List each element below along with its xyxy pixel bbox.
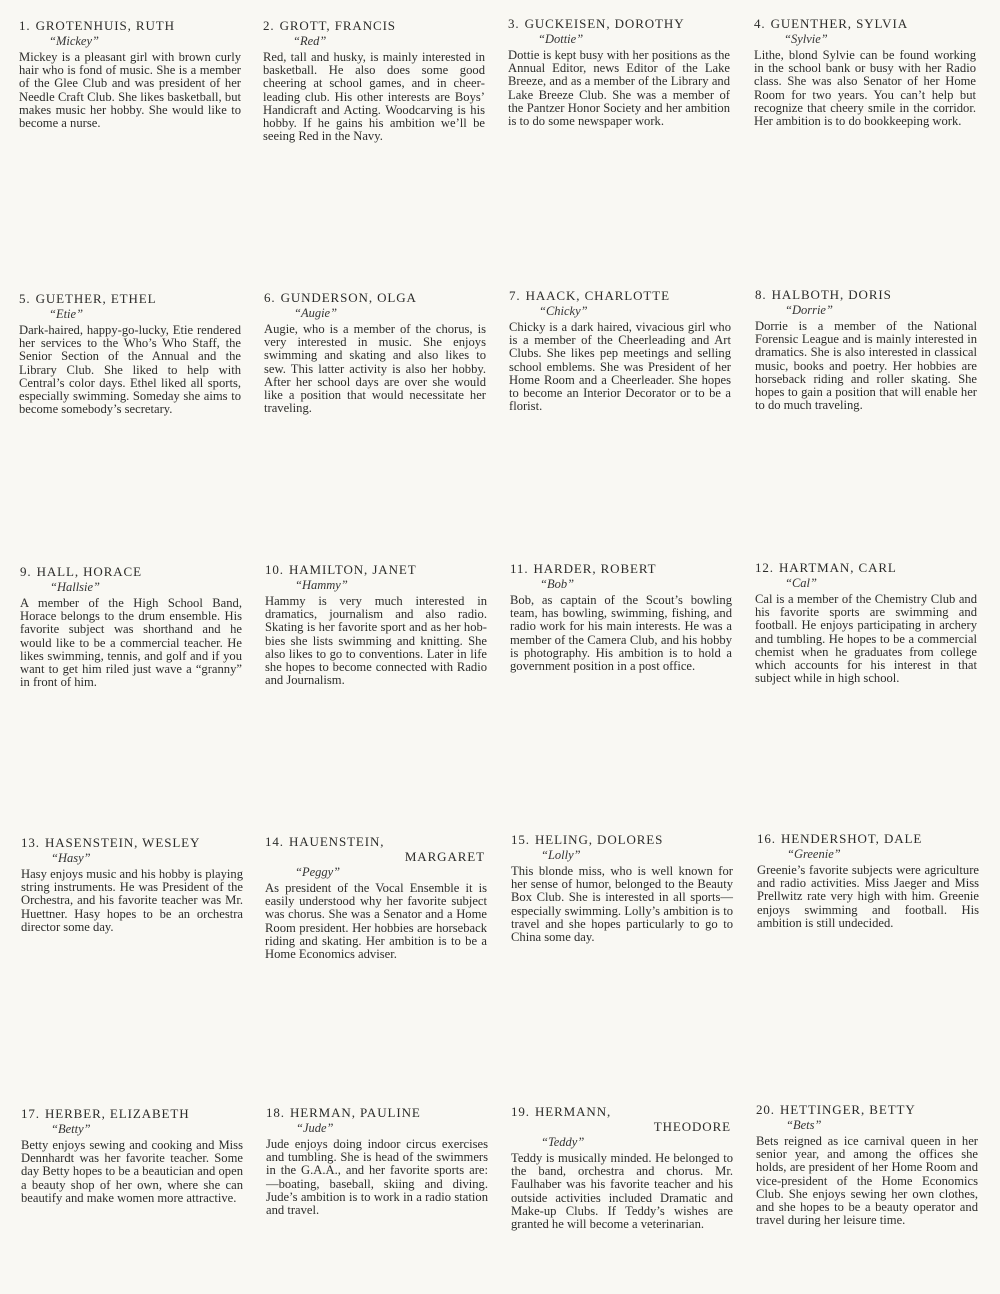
student-name: 17.HERBER, ELIZABETH [21, 1106, 243, 1121]
entry-number: 8. [755, 287, 767, 302]
student-entry: 6.GUNDERSON, OLGA “Augie” Augie, who is … [264, 290, 486, 415]
student-entry: 13.HASENSTEIN, WESLEY “Hasy” Hasy enjoys… [21, 835, 243, 934]
student-name: 10.HAMILTON, JANET [265, 562, 487, 577]
student-name: 9.HALL, HORACE [20, 564, 242, 579]
student-bio: Bob, as captain of the Scout’s bowling t… [510, 594, 732, 673]
student-name: 11.HARDER, ROBERT [510, 561, 732, 576]
student-entry: 4.GUENTHER, SYLVIA “Sylvie” Lithe, blond… [754, 16, 976, 128]
student-name: 2.GROTT, FRANCIS [263, 18, 485, 33]
entry-number: 2. [263, 18, 275, 33]
student-entry: 16.HENDERSHOT, DALE “Greenie” Greenie’s … [757, 831, 979, 930]
entry-number: 5. [19, 291, 31, 306]
student-name: 8.HALBOTH, DORIS [755, 287, 977, 302]
entry-number: 4. [754, 16, 766, 31]
student-name: 1.GROTENHUIS, RUTH [19, 18, 241, 33]
student-nickname: “Peggy” [265, 864, 487, 881]
student-entry: 18.HERMAN, PAULINE “Jude” Jude enjoys do… [266, 1105, 488, 1217]
student-bio: Dark-haired, happy-go-lucky, Etie render… [19, 324, 241, 416]
student-name: 5.GUETHER, ETHEL [19, 291, 241, 306]
entry-number: 11. [510, 561, 528, 576]
entry-number: 16. [757, 831, 776, 846]
student-nickname: “Bets” [756, 1117, 978, 1134]
student-entry: 10.HAMILTON, JANET “Hammy” Hammy is very… [265, 562, 487, 687]
student-nickname: “Jude” [266, 1120, 488, 1137]
student-nickname: “Dorrie” [755, 302, 977, 319]
student-name: 4.GUENTHER, SYLVIA [754, 16, 976, 31]
student-nickname: “Red” [263, 33, 485, 50]
student-bio: This blonde miss, who is well known for … [511, 865, 733, 944]
student-bio: Hammy is very much inter­ested in dramat… [265, 595, 487, 687]
student-entry: 15.HELING, DOLORES “Lolly” This blonde m… [511, 832, 733, 944]
student-name: 18.HERMAN, PAULINE [266, 1105, 488, 1120]
student-bio: Red, tall and husky, is mainly intereste… [263, 51, 485, 143]
student-entry: 9.HALL, HORACE “Hallsie” A member of the… [20, 564, 242, 689]
student-nickname: “Dottie” [508, 31, 730, 48]
student-entry: 17.HERBER, ELIZABETH “Betty” Betty enjoy… [21, 1106, 243, 1205]
student-bio: Cal is a member of the Chemis­try Club a… [755, 593, 977, 685]
student-bio: Lithe, blond Sylvie can be found working… [754, 49, 976, 128]
student-entry: 19.HERMANN, THEODORE “Teddy” Teddy is mu… [511, 1104, 733, 1231]
student-bio: As president of the Vocal En­semble it i… [265, 882, 487, 961]
student-entry: 1.GROTENHUIS, RUTH “Mickey” Mickey is a … [19, 18, 241, 130]
entry-number: 13. [21, 835, 40, 850]
student-bio: Greenie’s favorite subjects were agricul… [757, 864, 979, 930]
student-nickname: “Lolly” [511, 847, 733, 864]
student-nickname: “Sylvie” [754, 31, 976, 48]
student-bio: Betty enjoys sewing and cook­ing and Mis… [21, 1139, 243, 1205]
student-name: 20.HETTINGER, BETTY [756, 1102, 978, 1117]
student-nickname: “Betty” [21, 1121, 243, 1138]
entry-number: 3. [508, 16, 520, 31]
student-nickname: “Augie” [264, 305, 486, 322]
student-nickname: “Hallsie” [20, 579, 242, 596]
student-nickname: “Mickey” [19, 33, 241, 50]
student-nickname: “Teddy” [511, 1134, 733, 1151]
student-name: 14.HAUENSTEIN, [265, 834, 487, 849]
student-bio: Hasy enjoys music and his hobby is playi… [21, 868, 243, 934]
student-bio: Chicky is a dark haired, viva­cious girl… [509, 321, 731, 413]
student-bio: Teddy is musically minded. He belonged t… [511, 1152, 733, 1231]
student-bio: Dorrie is a member of the National Foren… [755, 320, 977, 412]
student-name: 12.HARTMAN, CARL [755, 560, 977, 575]
entry-number: 6. [264, 290, 276, 305]
student-nickname: “Greenie” [757, 846, 979, 863]
student-name-continued: THEODORE [511, 1119, 733, 1134]
student-entry: 5.GUETHER, ETHEL “Etie” Dark-haired, hap… [19, 291, 241, 416]
student-nickname: “Etie” [19, 306, 241, 323]
student-nickname: “Bob” [510, 576, 732, 593]
student-bio: Augie, who is a member of the chorus, is… [264, 323, 486, 415]
entry-number: 9. [20, 564, 32, 579]
student-bio: Bets reigned as ice carnival queen in he… [756, 1135, 978, 1227]
student-nickname: “Hammy” [265, 577, 487, 594]
student-name: 16.HENDERSHOT, DALE [757, 831, 979, 846]
student-nickname: “Chicky” [509, 303, 731, 320]
entry-number: 12. [755, 560, 774, 575]
entry-number: 14. [265, 834, 284, 849]
entry-number: 19. [511, 1104, 530, 1119]
student-name-continued: MARGARET [265, 849, 487, 864]
student-name: 13.HASENSTEIN, WESLEY [21, 835, 243, 850]
student-entry: 20.HETTINGER, BETTY “Bets” Bets reigned … [756, 1102, 978, 1227]
student-bio: Dottie is kept busy with her positions a… [508, 49, 730, 128]
student-entry: 3.GUCKEISEN, DOROTHY “Dottie” Dottie is … [508, 16, 730, 128]
student-entry: 12.HARTMAN, CARL “Cal” Cal is a member o… [755, 560, 977, 685]
student-name: 6.GUNDERSON, OLGA [264, 290, 486, 305]
student-name: 15.HELING, DOLORES [511, 832, 733, 847]
entry-number: 20. [756, 1102, 775, 1117]
student-name: 7.HAACK, CHARLOTTE [509, 288, 731, 303]
entry-number: 10. [265, 562, 284, 577]
student-entry: 11.HARDER, ROBERT “Bob” Bob, as captain … [510, 561, 732, 673]
entry-number: 18. [266, 1105, 285, 1120]
entry-number: 1. [19, 18, 31, 33]
student-entry: 8.HALBOTH, DORIS “Dorrie” Dorrie is a me… [755, 287, 977, 412]
student-nickname: “Hasy” [21, 850, 243, 867]
student-entry: 14.HAUENSTEIN, MARGARET “Peggy” As presi… [265, 834, 487, 961]
student-bio: Mickey is a pleasant girl with brown cur… [19, 51, 241, 130]
student-bio: Jude enjoys doing indoor cir­cus exercis… [266, 1138, 488, 1217]
student-name: 3.GUCKEISEN, DOROTHY [508, 16, 730, 31]
entry-number: 17. [21, 1106, 40, 1121]
entry-number: 15. [511, 832, 530, 847]
yearbook-page: 1.GROTENHUIS, RUTH “Mickey” Mickey is a … [0, 0, 1000, 1294]
student-bio: A member of the High School Band, Horace… [20, 597, 242, 689]
entry-number: 7. [509, 288, 521, 303]
student-name: 19.HERMANN, [511, 1104, 733, 1119]
student-entry: 7.HAACK, CHARLOTTE “Chicky” Chicky is a … [509, 288, 731, 413]
student-entry: 2.GROTT, FRANCIS “Red” Red, tall and hus… [263, 18, 485, 143]
student-nickname: “Cal” [755, 575, 977, 592]
